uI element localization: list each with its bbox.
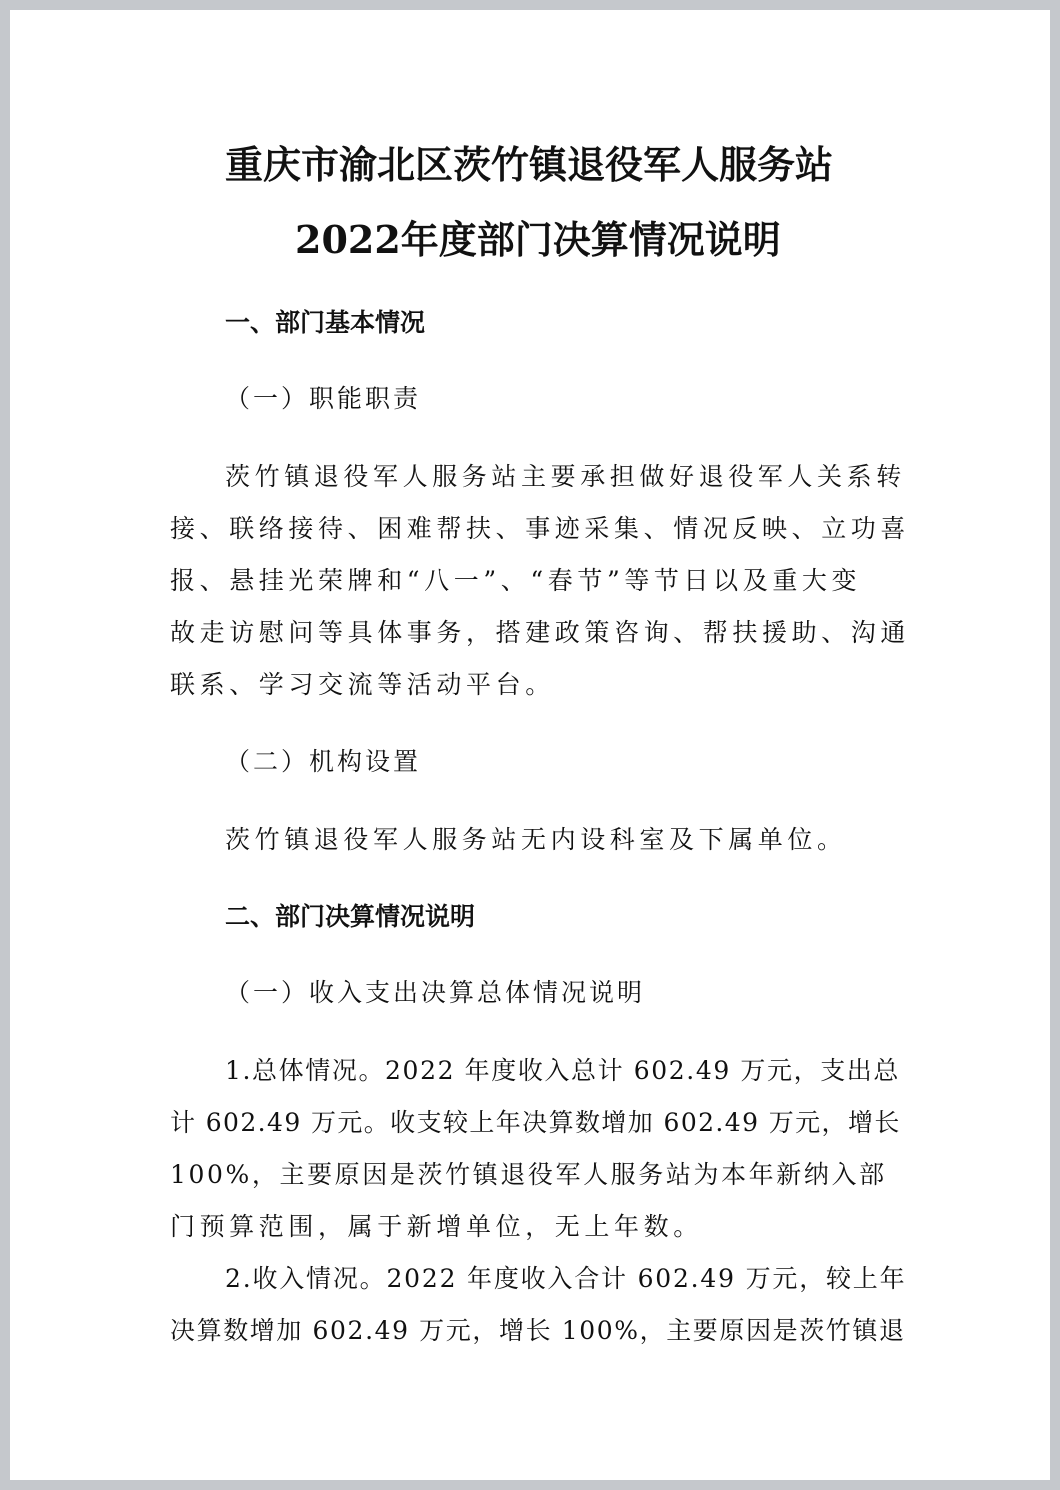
paragraph-line: 2.收入情况。2022 年度收入合计 602.49 万元，较上年 xyxy=(225,1264,906,1294)
paragraph-line: 茨竹镇退役军人服务站无内设科室及下属单位。 xyxy=(225,825,847,855)
paragraph-line: 1.总体情况。2022 年度收入总计 602.49 万元，支出总 xyxy=(225,1056,900,1086)
paragraph-line: 接、联络接待、困难帮扶、事迹采集、情况反映、立功喜 xyxy=(170,514,910,544)
subheading-income-expenditure: （一）收入支出决算总体情况说明 xyxy=(225,978,645,1008)
document-title-line-1: 重庆市渝北区茨竹镇退役军人服务站 xyxy=(225,150,833,180)
subheading-functions: （一）职能职责 xyxy=(225,384,421,414)
paragraph-line: 故走访慰问等具体事务，搭建政策咨询、帮扶援助、沟通 xyxy=(170,618,910,648)
paragraph-line: 门预算范围，属于新增单位，无上年数。 xyxy=(170,1212,703,1242)
paragraph-line: 茨竹镇退役军人服务站主要承担做好退役军人关系转 xyxy=(225,462,906,492)
subheading-organization: （二）机构设置 xyxy=(225,747,421,777)
paragraph-line: 计 602.49 万元。收支较上年决算数增加 602.49 万元，增长 xyxy=(170,1108,901,1138)
section-heading-final-accounts: 二、部门决算情况说明 xyxy=(225,902,475,932)
section-heading-basic-info: 一、部门基本情况 xyxy=(225,308,425,338)
paragraph-line: 决算数增加 602.49 万元，增长 100%，主要原因是茨竹镇退 xyxy=(170,1316,906,1346)
document-page: 重庆市渝北区茨竹镇退役军人服务站 2022年度部门决算情况说明 一、部门基本情况… xyxy=(10,10,1050,1480)
paragraph-line: 报、悬挂光荣牌和“八一”、“春节”等节日以及重大变 xyxy=(170,566,861,596)
document-title-line-2: 2022年度部门决算情况说明 xyxy=(295,225,781,255)
paragraph-line: 联系、学习交流等活动平台。 xyxy=(170,670,555,700)
paragraph-line: 100%，主要原因是茨竹镇退役军人服务站为本年新纳入部 xyxy=(170,1160,887,1190)
